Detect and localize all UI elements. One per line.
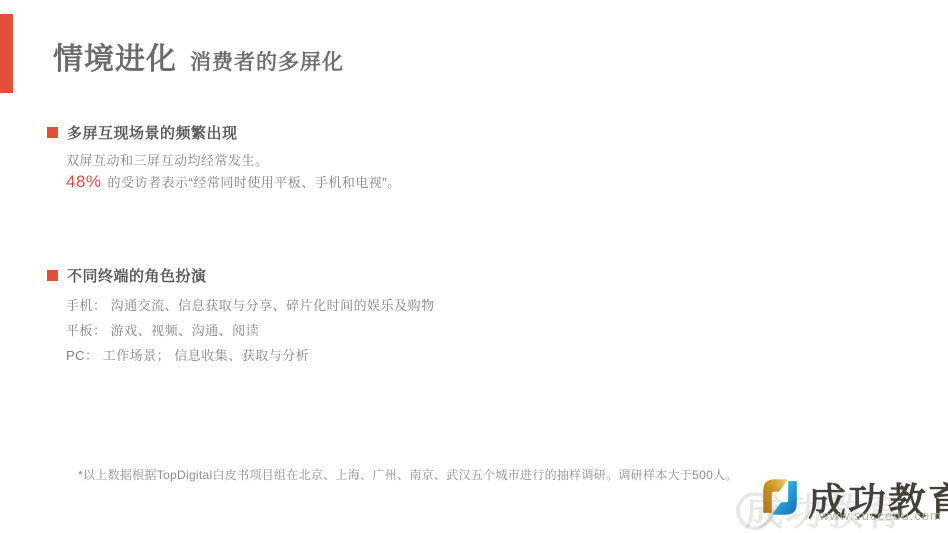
section-heading-text: 不同终端的角色扮演: [67, 265, 207, 286]
footnote: *以上数据根据TopDigital白皮书项目组在北京、上海、广州、南京、武汉五个…: [78, 466, 738, 483]
section-devices-heading: 不同终端的角色扮演: [47, 265, 207, 286]
device-line-mobile: 手机： 沟通交流、信息获取与分享、碎片化时间的娱乐及购物: [66, 295, 435, 314]
title-accent-bar: [0, 14, 13, 93]
stat-value: 48%: [66, 172, 102, 192]
title-main: 情境进化: [53, 34, 177, 78]
bullet-square-icon: [47, 127, 58, 138]
section-multiscreen-line: 双屏互动和三屏互动均经常发生。: [66, 150, 269, 169]
section-multiscreen-stat-line: 48% 的受访者表示“经常同时使用平板、手机和电视”。: [66, 172, 401, 192]
bullet-square-icon: [47, 270, 58, 281]
succedu-logo-icon: [756, 468, 804, 526]
page-title: 情境进化 消费者的多屏化: [53, 34, 344, 78]
section-heading-text: 多屏互现场景的频繁出现: [67, 122, 238, 143]
device-line-tablet: 平板： 游戏、视频、沟通、阅读: [66, 320, 259, 339]
device-line-pc: PC： 工作场景； 信息收集、获取与分析: [66, 345, 309, 364]
logo-url-text: www.succedu.com: [819, 508, 942, 523]
stat-text: 的受访者表示“经常同时使用平板、手机和电视”。: [108, 172, 401, 191]
logo-watermark-url: //www.succedu.com: [806, 508, 942, 523]
title-sub: 消费者的多屏化: [190, 46, 344, 76]
slide: 情境进化 消费者的多屏化 多屏互现场景的频繁出现 双屏互动和三屏互动均经常发生。…: [0, 0, 948, 533]
section-multiscreen-heading: 多屏互现场景的频繁出现: [47, 122, 238, 143]
logo-slashes-icon: //: [806, 508, 815, 523]
